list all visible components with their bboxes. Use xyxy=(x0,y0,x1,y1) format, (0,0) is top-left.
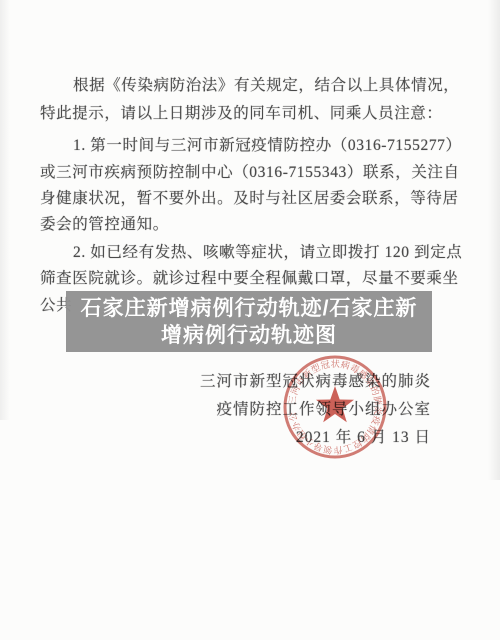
official-seal: 三河市新型冠状病毒感染的肺炎疫情防控工作领导小组办公室 xyxy=(279,353,391,465)
seal-star-icon xyxy=(316,386,354,422)
document-line: 筛查医院就诊。就诊过程中要全程佩戴口罩，尽量不要乘坐 xyxy=(40,266,480,288)
document-line: 特此提示，请以上日期涉及的同车司机、同乘人员注意： xyxy=(40,101,480,123)
document-photo: 根据《传染病防治法》有关规定，结合以上具体情况， 特此提示，请以上日期涉及的同车… xyxy=(0,0,500,640)
document-line: 身健康状况，暂不要外出。及时与社区居委会联系，等待居 xyxy=(40,186,480,208)
photo-edge-shading-left xyxy=(0,0,10,420)
overlay-title-line2: 增病例行动轨迹图 xyxy=(66,322,432,349)
document-line: 或三河市疾病预防控制中心（0316-7155343）联系，关注自 xyxy=(40,160,480,182)
document-line: 委会的管控通知。 xyxy=(40,212,480,234)
document-line: 1. 第一时间与三河市新冠疫情防控办（0316-7155277） xyxy=(40,133,500,155)
document-line: 根据《传染病防治法》有关规定，结合以上具体情况， xyxy=(40,73,500,95)
overlay-title-line1: 石家庄新增病例行动轨迹/石家庄新 xyxy=(66,295,432,322)
overlay-title-banner: 石家庄新增病例行动轨迹/石家庄新 增病例行动轨迹图 xyxy=(66,291,432,352)
document-line: 2. 如已经有发热、咳嗽等症状，请立即拨打 120 到定点 xyxy=(40,240,500,262)
